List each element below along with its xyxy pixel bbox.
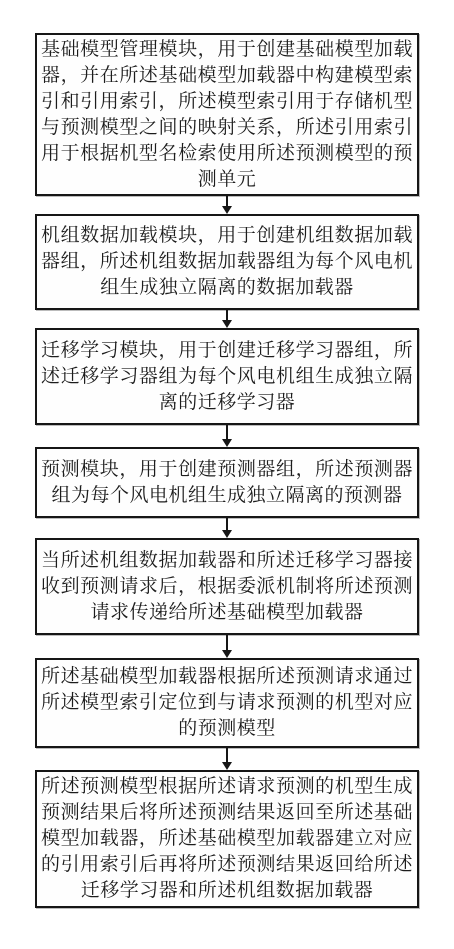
arrow-down-icon [222, 439, 232, 447]
flow-step-return-results: 所述预测模型根据所述请求预测的机型生成预测结果后将所述预测结果返回至所述基础模型… [35, 770, 419, 908]
flow-step-text: 预测模块，用于创建预测器组，所述预测器组为每个风电机组生成独立隔离的预测器 [37, 457, 417, 509]
flow-step-text: 机组数据加载模块，用于创建机组数据加载器组，所述机组数据加载器组为每个风电机组生… [37, 223, 417, 301]
flow-arrow-4 [221, 518, 233, 538]
flow-arrow-5 [221, 635, 233, 658]
arrow-down-icon [222, 206, 232, 214]
arrow-shaft [226, 518, 228, 530]
flow-arrow-3 [221, 425, 233, 447]
arrow-down-icon [222, 762, 232, 770]
arrow-shaft [226, 196, 228, 206]
flow-arrow-1 [221, 196, 233, 214]
arrow-down-icon [222, 530, 232, 538]
flow-step-prediction-module: 预测模块，用于创建预测器组，所述预测器组为每个风电机组生成独立隔离的预测器 [35, 447, 419, 518]
flowchart-figure: 基础模型管理模块，用于创建基础模型加载器，并在所述基础模型加载器中构建模型索引和… [0, 0, 454, 949]
flow-arrow-6 [221, 748, 233, 770]
flow-step-text: 基础模型管理模块，用于创建基础模型加载器，并在所述基础模型加载器中构建模型索引和… [37, 37, 417, 193]
flow-step-text: 所述预测模型根据所述请求预测的机型生成预测结果后将所述预测结果返回至所述基础模型… [37, 774, 417, 904]
flow-arrow-2 [221, 310, 233, 328]
flow-step-text: 迁移学习模块，用于创建迁移学习器组，所述迁移学习器组为每个风电机组生成独立隔离的… [37, 338, 417, 416]
flow-step-unit-data-loading: 机组数据加载模块，用于创建机组数据加载器组，所述机组数据加载器组为每个风电机组生… [35, 214, 419, 310]
flow-step-locate-model: 所述基础模型加载器根据所述预测请求通过所述模型索引定位到与请求预测的机型对应的预… [35, 658, 419, 748]
arrow-shaft [226, 310, 228, 320]
arrow-shaft [226, 635, 228, 650]
flow-step-text: 所述基础模型加载器根据所述预测请求通过所述模型索引定位到与请求预测的机型对应的预… [37, 664, 417, 742]
arrow-down-icon [222, 320, 232, 328]
arrow-shaft [226, 748, 228, 762]
flow-step-delegate-request: 当所述机组数据加载器和所述迁移学习器接收到预测请求后，根据委派机制将所述预测请求… [35, 538, 419, 635]
arrow-down-icon [222, 650, 232, 658]
flow-step-base-model-management: 基础模型管理模块，用于创建基础模型加载器，并在所述基础模型加载器中构建模型索引和… [35, 33, 419, 196]
flow-step-text: 当所述机组数据加载器和所述迁移学习器接收到预测请求后，根据委派机制将所述预测请求… [37, 548, 417, 626]
arrow-shaft [226, 425, 228, 439]
flow-step-transfer-learning: 迁移学习模块，用于创建迁移学习器组，所述迁移学习器组为每个风电机组生成独立隔离的… [35, 328, 419, 425]
